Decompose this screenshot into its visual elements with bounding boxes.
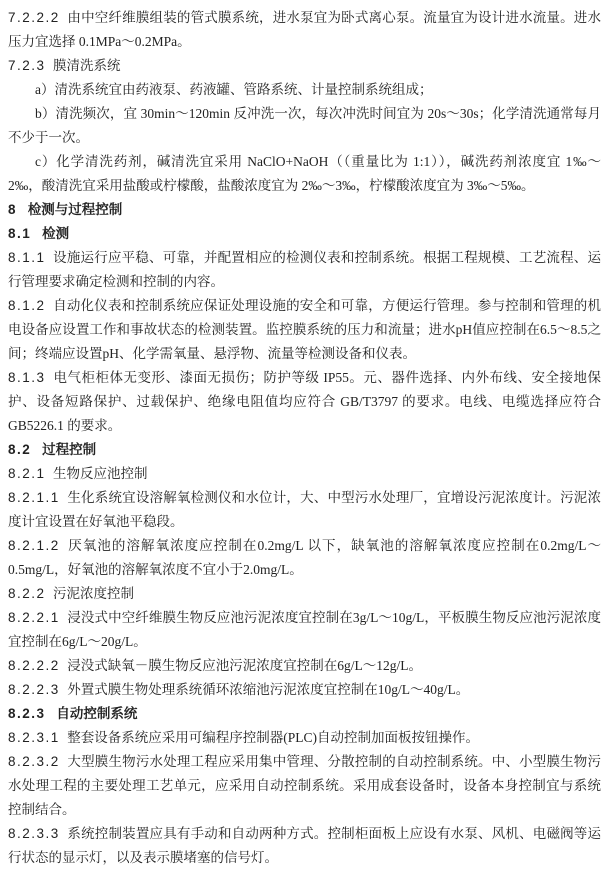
clause-text: 由中空纤维膜组装的管式膜系统，进水泵宜为卧式离心泵。流量宜为设计进水流量。进水压… — [8, 10, 601, 49]
clause-number: 8.2.2.2 — [8, 658, 60, 673]
clause-text: 系统控制装置应具有手动和自动两种方式。控制柜面板上应设有水泵、风机、电磁阀等运行… — [8, 826, 601, 865]
clause-text: 生化系统宜设溶解氧检测仪和水位计，大、中型污水处理厂，宜增设污泥浓度计。污泥浓度… — [8, 490, 601, 529]
list-item-a: a）清洗系统宜由药液泵、药液罐、管路系统、计量控制系统组成； — [8, 78, 601, 102]
clause-7-2-2-2: 7.2.2.2由中空纤维膜组装的管式膜系统，进水泵宜为卧式离心泵。流量宜为设计进… — [8, 6, 601, 54]
list-item-text: b）清洗频次，宜 30min～120min 反冲洗一次，每次冲洗时间宜为 20s… — [8, 106, 601, 145]
clause-number: 8.1.1 — [8, 250, 46, 265]
clause-text: 浸没式中空纤维膜生物反应池污泥浓度宜控制在3g/L～10g/L，平板膜生物反应池… — [8, 610, 601, 649]
clause-number: 8 — [8, 202, 17, 217]
heading-8-1: 8.1检测 — [8, 222, 601, 246]
clause-number: 8.2.1 — [8, 466, 46, 481]
clause-number: 8.1.3 — [8, 370, 46, 385]
heading-text: 检测与过程控制 — [28, 202, 123, 217]
clause-8-2-3-2: 8.2.3.2大型膜生物污水处理工程应采用集中管理、分散控制的自动控制系统。中、… — [8, 750, 601, 822]
clause-number: 7.2.2.2 — [8, 10, 60, 25]
heading-8-2: 8.2过程控制 — [8, 438, 601, 462]
clause-number: 8.2.3.2 — [8, 754, 60, 769]
clause-8-2-1-2: 8.2.1.2厌氧池的溶解氧浓度应控制在0.2mg/L 以下，缺氧池的溶解氧浓度… — [8, 534, 601, 582]
clause-8-1-2: 8.1.2自动化仪表和控制系统应保证处理设施的安全和可靠，方便运行管理。参与控制… — [8, 294, 601, 366]
subheading-7-2-3: 7.2.3膜清洗系统 — [8, 54, 601, 78]
list-item-b: b）清洗频次，宜 30min～120min 反冲洗一次，每次冲洗时间宜为 20s… — [8, 102, 601, 150]
heading-text: 检测 — [42, 226, 69, 241]
document-page: 7.2.2.2由中空纤维膜组装的管式膜系统，进水泵宜为卧式离心泵。流量宜为设计进… — [0, 0, 609, 883]
list-item-text: a）清洗系统宜由药液泵、药液罐、管路系统、计量控制系统组成； — [35, 82, 433, 97]
clause-8-2-3-3: 8.2.3.3系统控制装置应具有手动和自动两种方式。控制柜面板上应设有水泵、风机… — [8, 822, 601, 870]
clause-number: 8.2.2.3 — [8, 682, 60, 697]
clause-number: 8.2.3.1 — [8, 730, 60, 745]
heading-text: 自动控制系统 — [56, 706, 137, 721]
clause-number: 8.2.2 — [8, 586, 46, 601]
clause-text: 浸没式缺氧－膜生物反应池污泥浓度宜控制在6g/L～12g/L。 — [67, 658, 422, 673]
clause-number: 8.2.1.1 — [8, 490, 60, 505]
clause-8-2-2-2: 8.2.2.2浸没式缺氧－膜生物反应池污泥浓度宜控制在6g/L～12g/L。 — [8, 654, 601, 678]
clause-text: 自动化仪表和控制系统应保证处理设施的安全和可靠，方便运行管理。参与控制和管理的机… — [8, 298, 601, 361]
heading-8-2-3: 8.2.3自动控制系统 — [8, 702, 601, 726]
clause-text: 外置式膜生物处理系统循环浓缩池污泥浓度宜控制在10g/L～40g/L。 — [67, 682, 469, 697]
clause-number: 7.2.3 — [8, 58, 46, 73]
clause-number: 8.2 — [8, 442, 31, 457]
clause-text: 设施运行应平稳、可靠，并配置相应的检测仪表和控制系统。根据工程规模、工艺流程、运… — [8, 250, 601, 289]
clause-8-2-2-1: 8.2.2.1浸没式中空纤维膜生物反应池污泥浓度宜控制在3g/L～10g/L，平… — [8, 606, 601, 654]
heading-text: 膜清洗系统 — [53, 58, 121, 73]
heading-8: 8检测与过程控制 — [8, 198, 601, 222]
clause-8-1-1: 8.1.1设施运行应平稳、可靠，并配置相应的检测仪表和控制系统。根据工程规模、工… — [8, 246, 601, 294]
clause-number: 8.2.2.1 — [8, 610, 60, 625]
heading-text: 污泥浓度控制 — [53, 586, 134, 601]
heading-text: 生物反应池控制 — [53, 466, 148, 481]
subheading-8-2-2: 8.2.2污泥浓度控制 — [8, 582, 601, 606]
clause-8-2-2-3: 8.2.2.3外置式膜生物处理系统循环浓缩池污泥浓度宜控制在10g/L～40g/… — [8, 678, 601, 702]
clause-8-2-1-1: 8.2.1.1生化系统宜设溶解氧检测仪和水位计，大、中型污水处理厂，宜增设污泥浓… — [8, 486, 601, 534]
clause-number: 8.2.3 — [8, 706, 46, 721]
clause-number: 8.2.1.2 — [8, 538, 60, 553]
clause-text: 整套设备系统应采用可编程序控制器(PLC)自动控制加面板按钮操作。 — [67, 730, 479, 745]
clause-number: 8.1.2 — [8, 298, 46, 313]
clause-text: 大型膜生物污水处理工程应采用集中管理、分散控制的自动控制系统。中、小型膜生物污水… — [8, 754, 601, 817]
clause-text: 厌氧池的溶解氧浓度应控制在0.2mg/L 以下，缺氧池的溶解氧浓度应控制在0.2… — [8, 538, 601, 577]
list-item-text: c）化学清洗药剂，碱清洗宜采用 NaClO+NaOH（（重量比为 1:1）），碱… — [8, 154, 601, 193]
heading-text: 过程控制 — [42, 442, 96, 457]
subheading-8-2-1: 8.2.1生物反应池控制 — [8, 462, 601, 486]
clause-number: 8.2.3.3 — [8, 826, 60, 841]
clause-number: 8.1 — [8, 226, 31, 241]
list-item-c: c）化学清洗药剂，碱清洗宜采用 NaClO+NaOH（（重量比为 1:1）），碱… — [8, 150, 601, 198]
clause-text: 电气柜柜体无变形、漆面无损伤；防护等级 IP55。元、器件选择、内外布线、安全接… — [8, 370, 601, 433]
clause-8-2-3-1: 8.2.3.1整套设备系统应采用可编程序控制器(PLC)自动控制加面板按钮操作。 — [8, 726, 601, 750]
clause-8-1-3: 8.1.3电气柜柜体无变形、漆面无损伤；防护等级 IP55。元、器件选择、内外布… — [8, 366, 601, 438]
